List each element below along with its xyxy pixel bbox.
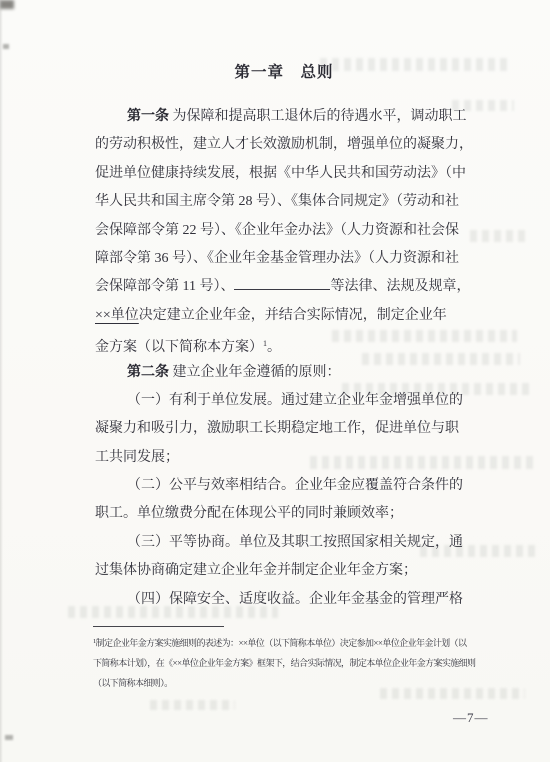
- text-line: 过集体协商确定建立企业年金并制定企业年金方案；: [95, 557, 473, 585]
- text-segment: 第二条: [127, 365, 169, 380]
- text-line: 促进单位健康持续发展，根据《中华人民共和国劳动法》（中: [95, 160, 473, 188]
- text-line: （三）平等协商。单位及其职工按照国家相关规定，通: [95, 529, 473, 557]
- footnote: 1制定企业年金方案实施细则的表述为：××单位（以下简称本单位）决定参加××单位企…: [93, 626, 488, 694]
- text-segment: （四）保障安全、适度收益。企业年金基金的管理严格: [127, 592, 463, 607]
- text-segment: 华人民共和国主席令第 28 号）、《集体合同规定》（劳动和社: [95, 194, 459, 209]
- text-line: （四）保障安全、适度收益。企业年金基金的管理严格: [95, 586, 473, 614]
- text-line: 职工。单位缴费分配在体现公平的同时兼顾效率；: [95, 500, 473, 528]
- text-segment: 。: [267, 340, 281, 355]
- text-segment: 会保障部令第 22 号）、《企业年金办法》（人力资源和社会保: [95, 223, 459, 238]
- text-segment: ××单位: [95, 308, 139, 323]
- bleed-through-ghost: [150, 700, 235, 710]
- text-segment: 等法律、法规及规章，: [330, 279, 470, 294]
- text-segment: 决定建立企业年金，并结合实际情况，制定企业年: [139, 308, 447, 323]
- text-column: 第一章 总则 第一条 为保障和提高职工退休后的待遇水平，调动职工的劳动积极性，建…: [95, 0, 473, 614]
- text-line: 的劳动积极性，建立人才长效激励机制，增强单位的凝聚力，: [95, 131, 473, 159]
- text-segment: 障部令第 36 号）、《企业年金基金管理办法》（人力资源和社: [95, 251, 459, 266]
- footnote-text: 1制定企业年金方案实施细则的表述为：××单位（以下简称本单位）决定参加××单位企…: [93, 632, 488, 694]
- text-segment: 的劳动积极性，建立人才长效激励机制，增强单位的凝聚力，: [95, 137, 473, 152]
- scan-artifact: [5, 735, 13, 740]
- text-line: （一）有利于单位发展。通过建立企业年金增强单位的: [95, 387, 473, 415]
- text-segment: （以下简称本细则）。: [93, 678, 173, 688]
- text-segment: （三）平等协商。单位及其职工按照国家相关规定，通: [127, 535, 463, 550]
- page-number: —7—: [453, 710, 489, 726]
- text-segment: 过集体协商确定建立企业年金并制定企业年金方案；: [95, 563, 417, 578]
- text-line: （以下简称本细则）。: [93, 673, 488, 694]
- body-text: 第一条 为保障和提高职工退休后的待遇水平，调动职工的劳动积极性，建立人才长效激励…: [95, 103, 473, 614]
- text-segment: 金方案（以下简称本方案）: [95, 340, 263, 355]
- text-line: 金方案（以下简称本方案）1。: [95, 330, 473, 358]
- text-line: （二）公平与效率相结合。企业年金应覆盖符合条件的: [95, 472, 473, 500]
- text-segment: 职工。单位缴费分配在体现公平的同时兼顾效率；: [95, 506, 403, 521]
- text-line: 1制定企业年金方案实施细则的表述为：××单位（以下简称本单位）决定参加××单位企…: [93, 632, 488, 653]
- text-segment: 制定企业年金方案实施细则的表述为：××单位（以下简称本单位）决定参加××单位企业…: [96, 638, 467, 648]
- text-segment: 建立企业年金遵循的原则：: [169, 365, 341, 380]
- text-line: 会保障部令第 22 号）、《企业年金办法》（人力资源和社会保: [95, 217, 473, 245]
- text-segment: （一）有利于单位发展。通过建立企业年金增强单位的: [127, 393, 463, 408]
- text-segment: 为保障和提高职工退休后的待遇水平，调动职工: [169, 109, 467, 124]
- text-segment: 第一条: [127, 109, 169, 124]
- text-segment: 工共同发展；: [95, 450, 179, 465]
- text-segment: 会保障部令第 11 号）、: [95, 279, 234, 294]
- chapter-title: 第一章 总则: [95, 0, 473, 81]
- text-line: 第二条 建立企业年金遵循的原则：: [95, 359, 473, 387]
- footnote-divider: [93, 626, 224, 627]
- scanned-document-page: 第一章 总则 第一条 为保障和提高职工退休后的待遇水平，调动职工的劳动积极性，建…: [0, 0, 550, 762]
- text-segment: （二）公平与效率相结合。企业年金应覆盖符合条件的: [127, 478, 463, 493]
- text-line: 会保障部令第 11 号）、等法律、法规及规章，: [95, 273, 473, 301]
- scan-artifact: [3, 44, 9, 49]
- bleed-through-ghost: [470, 230, 530, 242]
- text-line: 工共同发展；: [95, 444, 473, 472]
- scan-edge-shadow: [0, 0, 3, 762]
- blank-underline: [234, 277, 330, 290]
- scan-artifact: [0, 0, 14, 9]
- text-line: 第一条 为保障和提高职工退休后的待遇水平，调动职工: [95, 103, 473, 131]
- text-line: ××单位决定建立企业年金，并结合实际情况，制定企业年: [95, 302, 473, 330]
- text-segment: 凝聚力和吸引力，激励职工长期稳定地工作，促进单位与职: [95, 421, 459, 436]
- text-line: 障部令第 36 号）、《企业年金基金管理办法》（人力资源和社: [95, 245, 473, 273]
- text-line: 凝聚力和吸引力，激励职工长期稳定地工作，促进单位与职: [95, 415, 473, 443]
- text-line: 华人民共和国主席令第 28 号）、《集体合同规定》（劳动和社: [95, 188, 473, 216]
- text-segment: 促进单位健康持续发展，根据《中华人民共和国劳动法》（中: [95, 166, 466, 181]
- text-line: 下简称本计划），在《××单位企业年金方案》框架下，结合实际情况，制定本单位企业年…: [93, 653, 488, 674]
- text-segment: 下简称本计划），在《××单位企业年金方案》框架下，结合实际情况，制定本单位企业年…: [93, 658, 475, 668]
